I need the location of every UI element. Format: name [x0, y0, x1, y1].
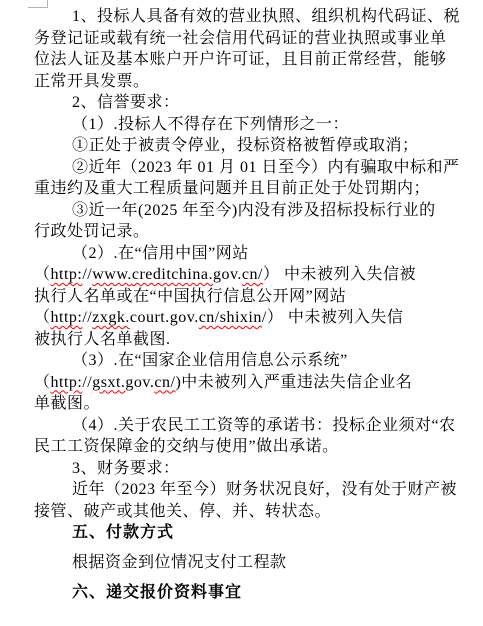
spellcheck-squiggle-segment: cn/ [199, 309, 220, 326]
url-text-segment: （ [34, 309, 51, 326]
spellcheck-squiggle-segment: creditchina. [132, 266, 213, 283]
spellcheck-squiggle-segment: cn/ [242, 266, 263, 283]
text-line: 根据资金到位情况支付工程款 [34, 552, 481, 574]
url-text-segment: gov. [125, 374, 154, 391]
text-line: （1）.投标人不得存在下列情形之一： [34, 114, 481, 136]
text-line: 民工工资保障金的交纳与使用”做出承诺。 [34, 436, 481, 458]
spellcheck-squiggle-segment: http: [51, 309, 83, 326]
section-heading-line: 六、递交报价资料事宜 [34, 582, 481, 604]
url-text-segment: ） 中未被列入失信被 [263, 266, 416, 283]
text-line: 2、信誉要求： [34, 92, 481, 114]
url-text-segment: gov. [213, 266, 242, 283]
url-text-segment: // [82, 309, 92, 326]
url-text-segment: )中未被列入严重违法失信企业名 [175, 374, 412, 391]
text-line: 重违约及重大工程质量问题并且目前正处于处罚期内； [34, 178, 481, 200]
spellcheck-squiggle-segment: cn/ [154, 374, 175, 391]
text-line: （http://www.creditchina.gov.cn/） 中未被列入失信… [34, 264, 481, 286]
url-text-segment: // [82, 374, 92, 391]
url-text-segment: /） 中未被列入失信 [262, 309, 403, 326]
text-line: 接管、破产或其他关、停、并、转状态。 [34, 501, 481, 523]
spellcheck-squiggle-segment: www. [92, 266, 132, 283]
text-line: 位法人证及基本账户开户许可证，且目前正常经营，能够 [34, 49, 481, 71]
url-text-segment: court.gov. [130, 309, 199, 326]
document-content: 1、投标人具备有效的营业执照、组织机构代码证、税务登记证或载有统一社会信用代码证… [34, 6, 481, 604]
text-line: ①正处于被责令停业，投标资格被暂停或取消； [34, 135, 481, 157]
text-line: 被执行人名单截图. [34, 329, 481, 351]
text-line: ②近年（2023 年 01 月 01 日至今）内有骗取中标和严 [34, 157, 481, 179]
text-line: （4）.关于农民工工资等的承诺书：投标企业须对“农 [34, 415, 481, 437]
text-line: 务登记证或载有统一社会信用代码证的营业执照或事业单 [34, 28, 481, 50]
text-line: 执行人名单或在“中国执行信息公开网”网站 [34, 286, 481, 308]
text-line: 行政处罚记录。 [34, 221, 481, 243]
spellcheck-squiggle-segment: zxgk. [92, 309, 130, 326]
text-line: 单截图。 [34, 393, 481, 415]
text-line: （2）.在“信用中国”网站 [34, 243, 481, 265]
url-text-segment: （ [34, 374, 51, 391]
text-line: （http://zxgk.court.gov.cn/shixin/） 中未被列入… [34, 307, 481, 329]
url-text-segment: （ [34, 266, 51, 283]
text-line: 1、投标人具备有效的营业执照、组织机构代码证、税 [34, 6, 481, 28]
spellcheck-squiggle-segment: http: [51, 374, 83, 391]
document-page: 1、投标人具备有效的营业执照、组织机构代码证、税务登记证或载有统一社会信用代码证… [0, 0, 483, 626]
spellcheck-squiggle-segment: gsxt. [92, 374, 125, 391]
text-line: 3、财务要求： [34, 458, 481, 480]
text-line: 近年（2023 年至今）财务状况良好，没有处于财产被 [34, 479, 481, 501]
section-heading-line: 五、付款方式 [34, 522, 481, 544]
spellcheck-squiggle-segment: shixin [220, 309, 262, 326]
url-text-segment: // [82, 266, 92, 283]
text-line: 正常开具发票。 [34, 71, 481, 93]
text-line: （3）.在“国家企业信用信息公示系统” [34, 350, 481, 372]
text-line: （http://gsxt.gov.cn/)中未被列入严重违法失信企业名 [34, 372, 481, 394]
text-line: ③近一年(2025 年至今)内没有涉及招标投标行业的 [34, 200, 481, 222]
spellcheck-squiggle-segment: http: [51, 266, 83, 283]
